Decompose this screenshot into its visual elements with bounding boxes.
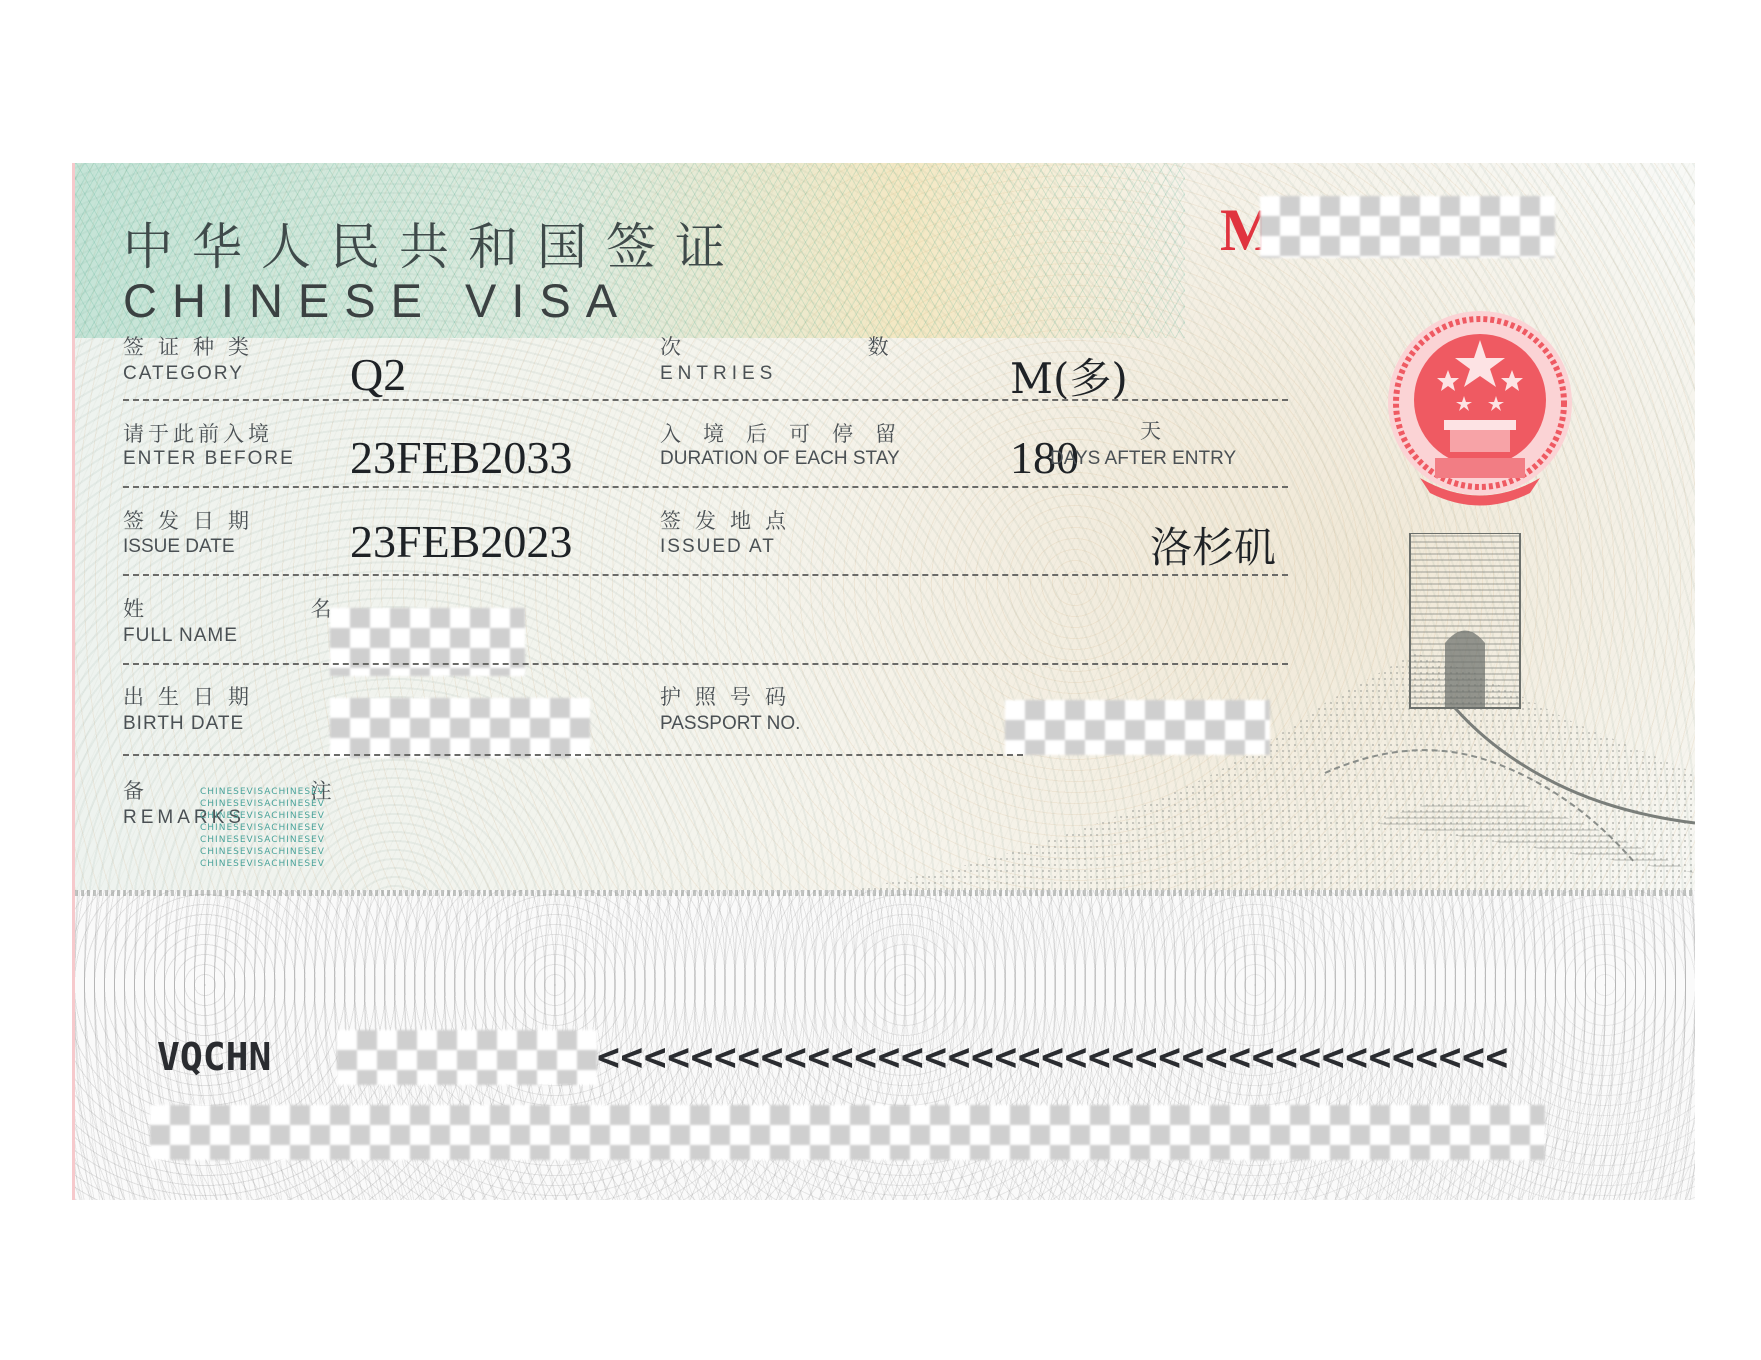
category-value: Q2 — [350, 348, 406, 401]
national-emblem-icon — [1380, 308, 1580, 518]
issued-at-label-en: ISSUED AT — [660, 536, 776, 558]
issue-date-value: 23FEB2023 — [350, 515, 572, 568]
enter-before-value: 23FEB2033 — [350, 431, 572, 484]
row-divider — [123, 399, 1288, 401]
category-label-en: CATEGORY — [123, 363, 244, 385]
issued-at-label-cn: 签发地点 — [660, 505, 800, 535]
enter-before-label-en: ENTER BEFORE — [123, 448, 295, 470]
enter-before-label-cn: 请于此前入境 — [123, 418, 273, 448]
issue-date-label-en: ISSUE DATE — [123, 536, 235, 558]
row-divider — [123, 574, 1288, 576]
mrz-line2-redacted — [150, 1105, 1545, 1160]
remarks-microtext: CHINESEVISACHINESEV CHINESEVISACHINESEV … — [200, 786, 340, 881]
visa-page: 中华人民共和国签证 CHINESE VISA M1 — [72, 163, 1695, 1200]
passport-no-label-cn: 护照号码 — [660, 681, 800, 711]
duration-label-en: DURATION OF EACH STAY — [660, 448, 900, 470]
visa-number-redacted — [1260, 196, 1555, 258]
mrz-line1-filler: <<<<<<<<<<<<<<<<<<<<<<<<<<<<<<<<<<<<<<< — [597, 1035, 1509, 1079]
entries-label-en: ENTRIES — [660, 363, 777, 385]
passport-no-label-en: PASSPORT NO. — [660, 713, 800, 735]
birth-date-label-en: BIRTH DATE — [123, 713, 244, 735]
row-divider — [123, 486, 1288, 488]
duration-unit-cn: 天 — [1140, 415, 1161, 445]
full-name-redacted — [330, 608, 525, 676]
issued-at-value: 洛杉矶 — [1150, 515, 1276, 575]
mrz-line1-redacted — [337, 1030, 597, 1085]
great-wall-illustration — [855, 533, 1695, 890]
row-divider — [123, 754, 1023, 756]
entries-label-cn: 次 数 — [660, 331, 979, 361]
entries-value: M(多) — [1010, 346, 1128, 406]
title-chinese: 中华人民共和国签证 — [123, 207, 744, 279]
passport-no-redacted — [1005, 700, 1270, 755]
birth-date-redacted — [330, 698, 590, 758]
birth-date-label-cn: 出生日期 — [123, 681, 263, 711]
duration-label-cn: 入境后可停留 — [660, 418, 918, 448]
mrz-line1-prefix: VQCHN — [157, 1035, 271, 1079]
duration-unit-en: DAYS AFTER ENTRY — [1050, 448, 1236, 470]
row-divider — [123, 663, 1288, 665]
category-label-cn: 签证种类 — [123, 331, 263, 361]
issue-date-label-cn: 签发日期 — [123, 505, 263, 535]
machine-readable-zone: VQCHN <<<<<<<<<<<<<<<<<<<<<<<<<<<<<<<<<<… — [75, 890, 1695, 1200]
title-english: CHINESE VISA — [123, 273, 632, 328]
full-name-label-en: FULL NAME — [123, 625, 238, 647]
